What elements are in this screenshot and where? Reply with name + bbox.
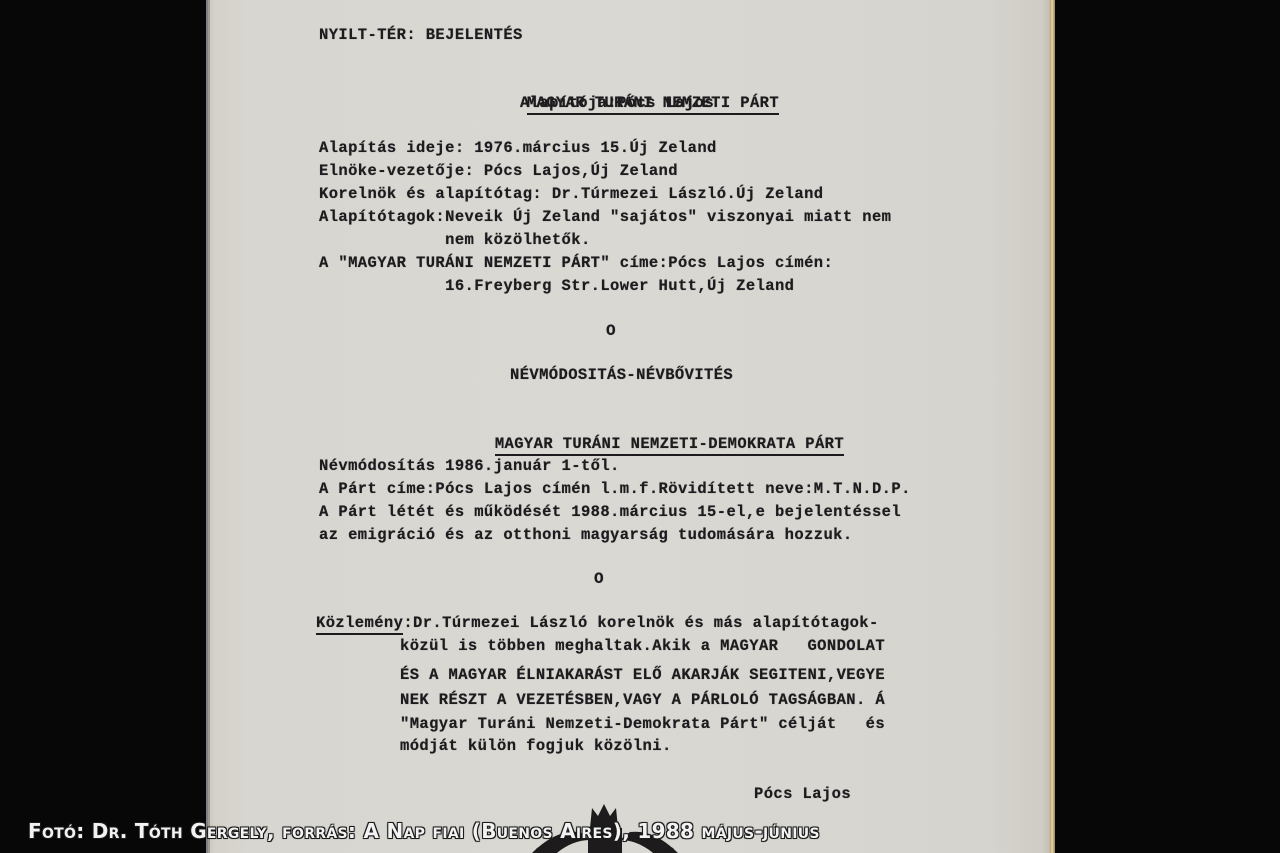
paper-right-edge (1050, 0, 1055, 853)
founding-line: A "MAGYAR TURÁNI NEMZETI PÁRT" címe:Pócs… (319, 252, 833, 275)
notice-line: módját külön fogjuk közölni. (400, 735, 672, 758)
notice-line: ÉS A MAGYAR ÉLNIAKARÁST ELŐ AKARJÁK SEGI… (400, 664, 885, 687)
founding-line: Elnöke-vezetője: Pócs Lajos,Új Zeland (319, 160, 678, 183)
notice-line: NEK RÉSZT A VEZETÉSBEN,VAGY A PÁRLOLÓ TA… (400, 689, 885, 712)
photo-credit-caption: Fotó: Dr. Tóth Gergely, forrás: A Nap fi… (28, 819, 820, 843)
rename-line: A Párt létét és működését 1988.március 1… (319, 501, 901, 524)
notice-line: közül is többen meghaltak.Akik a MAGYAR … (400, 635, 885, 658)
rename-line: Névmódosítás 1986.január 1-től. (319, 455, 620, 478)
founding-line: Korelnök és alapítótag: Dr.Túrmezei Lász… (319, 183, 823, 206)
founding-line: Alapítás ideje: 1976.március 15.Új Zelan… (319, 137, 717, 160)
new-party-title-text: MAGYAR TURÁNI NEMZETI-DEMOKRATA PÁRT (495, 435, 844, 456)
rename-line: A Párt címe:Pócs Lajos címén l.m.f.Rövid… (319, 478, 911, 501)
section-separator: O (594, 568, 604, 591)
founding-line: nem közölhetők. (319, 229, 591, 252)
header-label: NYILT-TÉR: BEJELENTÉS (319, 24, 523, 47)
rename-heading: NÉVMÓDOSITÁS-NÉVBŐVITÉS (510, 364, 733, 387)
section-separator: O (606, 320, 616, 343)
notice-first-line: Közlemény:Dr.Túrmezei László korelnök és… (316, 612, 879, 635)
rename-line: az emigráció és az otthoni magyarság tud… (319, 524, 853, 547)
founder-line: Alapítója:Pócs Lajos (520, 92, 714, 115)
notice-line: "Magyar Turáni Nemzeti-Demokrata Párt" c… (400, 713, 885, 736)
notice-label: Közlemény (316, 614, 403, 635)
photo-stage: NYILT-TÉR: BEJELENTÉS MAGYAR TURÁNI NEMZ… (0, 0, 1280, 853)
founding-line: 16.Freyberg Str.Lower Hutt,Új Zeland (319, 275, 794, 298)
signature: Pócs Lajos (754, 783, 851, 806)
notice-first-text: :Dr.Túrmezei László korelnök és más alap… (403, 614, 878, 632)
founding-line: Alapítótagok:Neveik Új Zeland "sajátos" … (319, 206, 891, 229)
